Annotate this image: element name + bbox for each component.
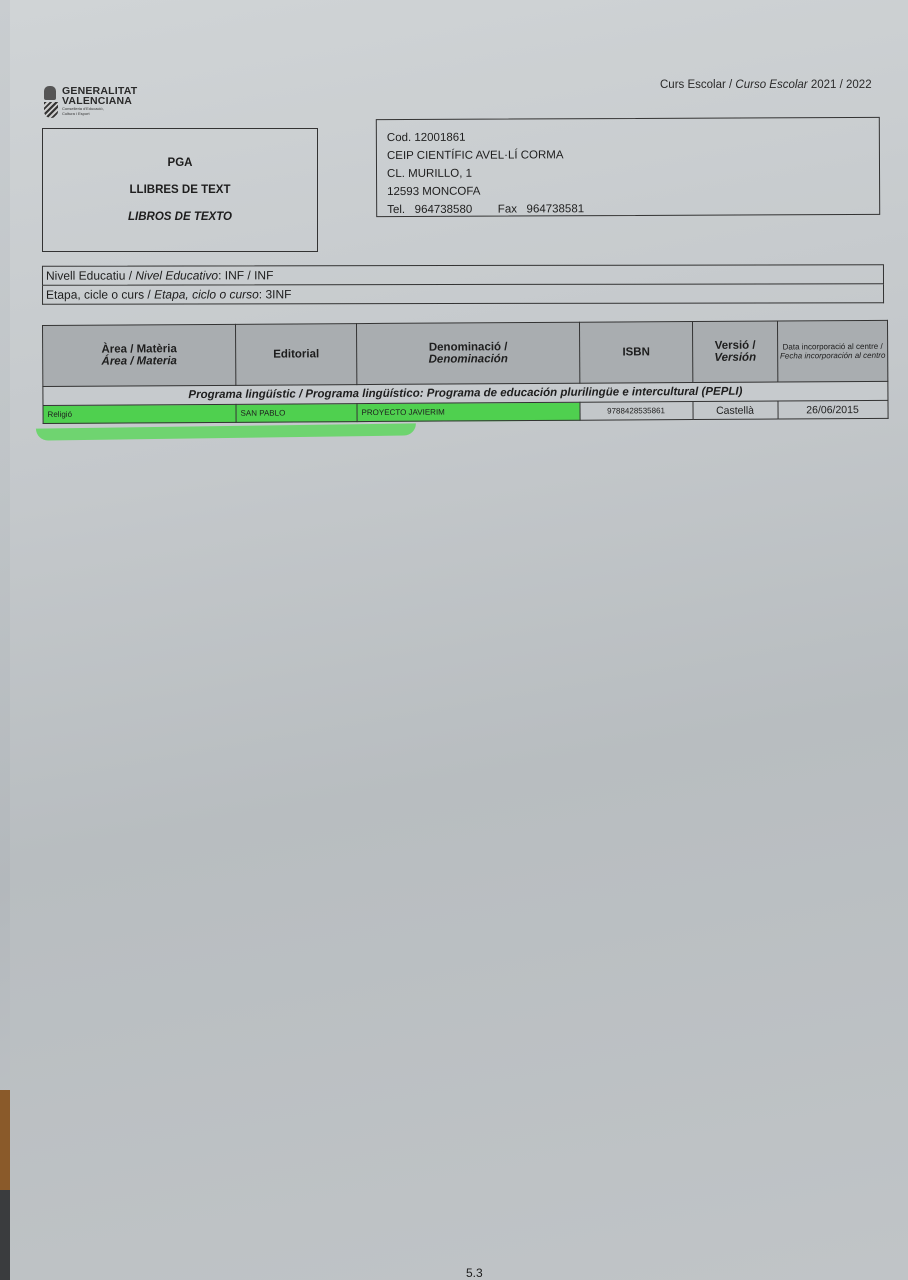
header-denominacio: Denominació /Denominación — [356, 322, 579, 384]
logo-sub2: Cultura i Esport — [62, 111, 137, 116]
cell-isbn: 9788428535861 — [580, 402, 693, 421]
generalitat-logo: GENERALITAT VALENCIANA Conselleria d'Edu… — [44, 86, 137, 120]
header-isbn: ISBN — [579, 322, 692, 384]
cell-denominacio: PROYECTO JAVIERIM — [357, 402, 580, 421]
cell-versio: Castellà — [693, 401, 778, 420]
cell-data: 26/06/2015 — [778, 400, 888, 419]
school-city: 12593 MONCOFA — [387, 186, 480, 198]
title-box: PGA LLIBRES DE TEXT LIBROS DE TEXTO — [42, 128, 318, 252]
level-info: Nivell Educatiu / Nivel Educativo: INF /… — [42, 264, 884, 304]
cell-area: Religió — [43, 404, 236, 423]
etapa-row: Etapa, cicle o curs / Etapa, ciclo o cur… — [42, 284, 884, 304]
header-data: Data incorporació al centre /Fecha incor… — [777, 320, 887, 382]
page-number: 5.3 — [466, 1266, 483, 1280]
school-address: CL. MURILLO, 1 — [387, 168, 472, 180]
title-es: LIBROS DE TEXTO — [43, 211, 317, 223]
textbooks-table: Àrea / MatèriaÁrea / Materia Editorial D… — [42, 320, 889, 424]
school-phone: Tel. 964738580 Fax 964738581 — [387, 203, 584, 216]
header-area: Àrea / MatèriaÁrea / Materia — [43, 324, 236, 386]
title-ca: LLIBRES DE TEXT — [43, 184, 317, 196]
nivell-row: Nivell Educatiu / Nivel Educativo: INF /… — [42, 264, 884, 285]
table-header: Àrea / MatèriaÁrea / Materia Editorial D… — [43, 320, 888, 386]
cell-editorial: SAN PABLO — [236, 404, 357, 423]
header-versio: Versió /Versión — [692, 321, 777, 383]
school-year: Curs Escolar / Curso Escolar 2021 / 2022 — [660, 79, 872, 91]
school-name: CEIP CIENTÍFIC AVEL·LÍ CORMA — [387, 149, 564, 162]
coat-of-arms-icon — [44, 86, 58, 120]
school-code: Cod. 12001861 — [387, 132, 466, 144]
school-info-box: Cod. 12001861 CEIP CIENTÍFIC AVEL·LÍ COR… — [376, 117, 880, 217]
header-editorial: Editorial — [235, 324, 356, 386]
logo-line2: VALENCIANA — [62, 96, 137, 106]
title-pga: PGA — [43, 157, 317, 169]
